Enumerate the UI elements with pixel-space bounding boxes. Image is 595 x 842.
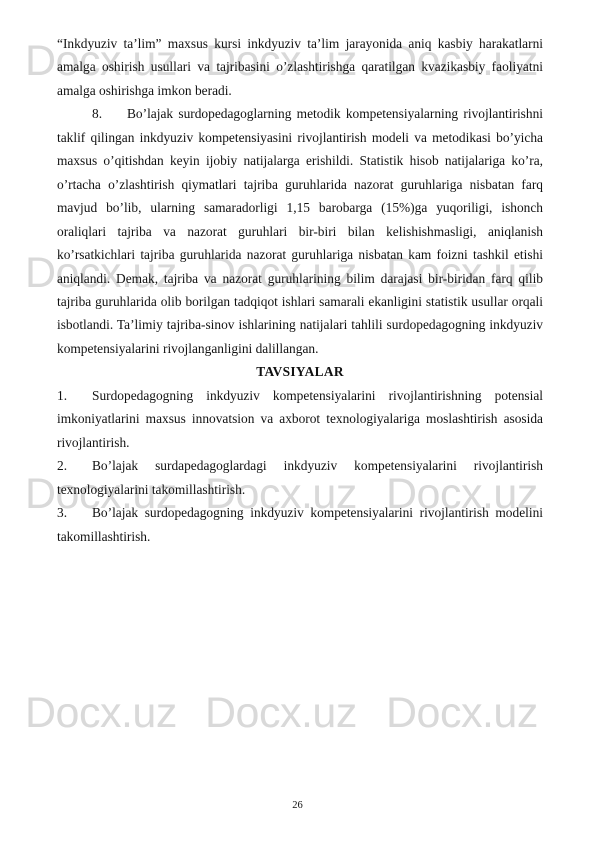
recommendation-item: 3.Bo’lajak surdopedagogning inkdyuziv ko… [57,501,543,548]
recommendation-text: Surdopedagogning inkdyuziv kompetensiyal… [57,388,543,450]
conclusion-paragraph-8: 8.Bo’lajak surdopedagoglarning metodik k… [57,102,543,360]
watermark-row: Docx.uz Docx.uz Docx.uz [0,693,595,733]
recommendation-number: 1. [57,384,92,407]
watermark-text: Docx.uz [205,693,357,733]
section-heading: TAVSIYALAR [57,360,543,383]
recommendation-number: 2. [57,454,92,477]
recommendation-number: 3. [57,501,92,524]
watermark-text: Docx.uz [386,693,538,733]
watermark-text: Docx.uz [25,693,177,733]
paragraph-text: Bo’lajak surdopedagoglarning metodik kom… [57,106,543,356]
recommendation-item: 2.Bo’lajak surdapedagoglardagi inkdyuziv… [57,454,543,501]
paragraph-number: 8. [92,102,127,125]
intro-paragraph: “Inkdyuziv ta’lim” maxsus kursi inkdyuzi… [57,32,543,102]
recommendation-text: Bo’lajak surdapedagoglardagi inkdyuziv k… [57,458,543,496]
recommendation-text: Bo’lajak surdopedagogning inkdyuziv komp… [57,505,543,543]
recommendation-item: 1.Surdopedagogning inkdyuziv kompetensiy… [57,384,543,454]
page-number: 26 [0,800,595,811]
document-page: “Inkdyuziv ta’lim” maxsus kursi inkdyuzi… [57,32,543,548]
